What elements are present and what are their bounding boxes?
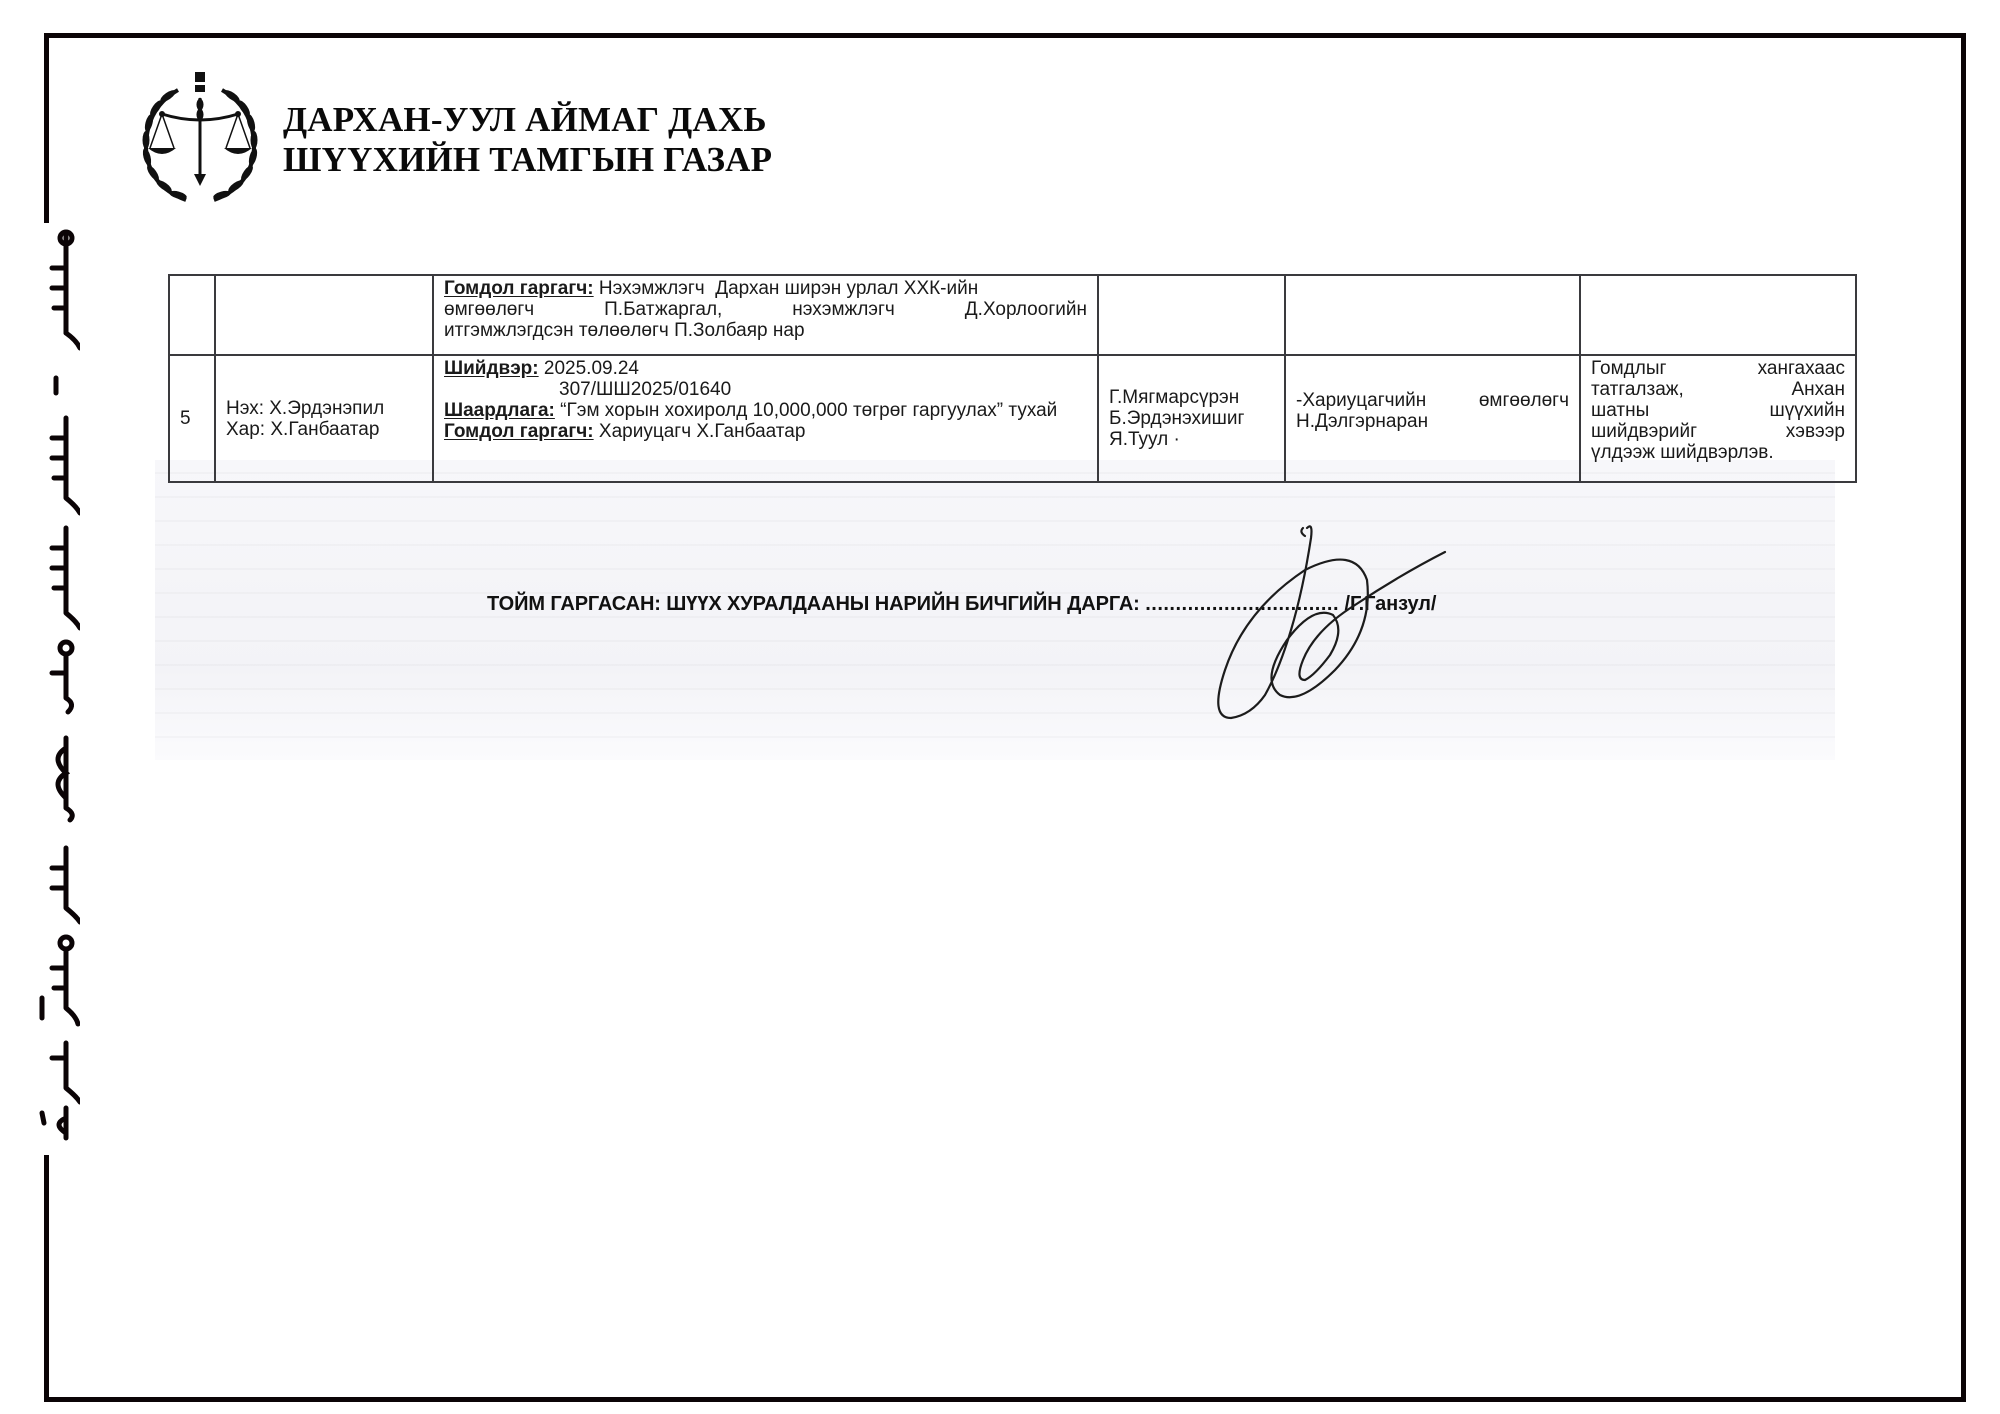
decision-cell: Гомдлыг хангахаас татгалзаж, Анхан шатны… xyxy=(1580,355,1856,482)
decision-cell xyxy=(1580,275,1856,355)
mongolian-script-border xyxy=(20,228,80,1148)
page-border-left-upper xyxy=(44,33,49,223)
decision-word: татгалзаж, xyxy=(1591,379,1684,400)
decision-word: шийдвэрийг xyxy=(1591,421,1697,442)
judges-cell: Г.Мягмарсүрэн Б.Эрдэнэхишиг Я.Туул · xyxy=(1098,355,1285,482)
plaintiff: Нэх: Х.Эрдэнэпил xyxy=(226,398,422,419)
decision-word: хангахаас xyxy=(1758,358,1845,379)
parties-cell xyxy=(215,275,433,355)
table-row: 5 Нэх: Х.Эрдэнэпил Хар: Х.Ганбаатар Шийд… xyxy=(169,355,1856,482)
complainant-word: нэхэмжлэгч xyxy=(792,299,895,320)
complainant-line1: Нэхэмжлэгч Дархан ширэн урлал ХХК-ийн xyxy=(599,278,978,299)
scales-of-justice-emblem-icon xyxy=(138,68,262,208)
complainant-word: өмгөөлөгч xyxy=(444,299,534,320)
case-details-cell: Шийдвэр: 2025.09.24 307/ШШ2025/01640 Шаа… xyxy=(433,355,1098,482)
decision-word: Гомдлыг xyxy=(1591,358,1666,379)
decision-word: Анхан xyxy=(1791,379,1845,400)
defendant: Хар: Х.Ганбаатар xyxy=(226,419,422,440)
case-number-cell xyxy=(169,275,215,355)
participants-line1: -Хариуцагчийн өмгөөлөгч xyxy=(1296,390,1569,411)
decision-line: шатны шүүхийн xyxy=(1591,400,1845,421)
participants-cell xyxy=(1285,275,1580,355)
decision-word: хэвээр xyxy=(1786,421,1845,442)
complainant-word: Д.Хорлоогийн xyxy=(965,299,1087,320)
claim-label: Шаардлага: xyxy=(444,400,555,421)
page-border-top xyxy=(44,33,1966,38)
complainant-label: Гомдол гаргагч: xyxy=(444,278,594,299)
case-summary-table: Гомдол гаргагч: Нэхэмжлэгч Дархан ширэн … xyxy=(168,274,1857,483)
prepared-by-line: ТОЙМ ГАРГАСАН: ШҮҮХ ХУРАЛДААНЫ НАРИЙН БИ… xyxy=(487,593,1436,616)
decision-word: шүүхийн xyxy=(1770,400,1845,421)
judge-name: Г.Мягмарсүрэн xyxy=(1109,387,1274,408)
judge-name: Я.Туул · xyxy=(1109,429,1274,450)
org-name-line1: ДАРХАН-УУЛ АЙМАГ ДАХЬ xyxy=(283,100,772,140)
signature-dots: ................................ xyxy=(1145,593,1339,615)
complainant-label: Гомдол гаргагч: xyxy=(444,421,594,442)
ruling-number: 307/ШШ2025/01640 xyxy=(444,379,1087,400)
prepared-by-label: ТОЙМ ГАРГАСАН: ШҮҮХ ХУРАЛДААНЫ НАРИЙН БИ… xyxy=(487,593,1140,615)
page-border-bottom xyxy=(44,1397,1966,1402)
ruling-date: 2025.09.24 xyxy=(544,358,639,379)
page-border-left-lower xyxy=(44,1155,49,1402)
complainant-word: П.Батжаргал, xyxy=(604,299,722,320)
participant-word: өмгөөлөгч xyxy=(1479,390,1569,411)
table-row: Гомдол гаргагч: Нэхэмжлэгч Дархан ширэн … xyxy=(169,275,1856,355)
decision-word: шатны xyxy=(1591,400,1649,421)
decision-line: Гомдлыг хангахаас xyxy=(1591,358,1845,379)
case-number-cell: 5 xyxy=(169,355,215,482)
participant-word: -Хариуцагчийн xyxy=(1296,390,1426,411)
complainant-text: Хариуцагч Х.Ганбаатар xyxy=(599,421,806,442)
judge-name: Б.Эрдэнэхишиг xyxy=(1109,408,1274,429)
org-name-line2: ШҮҮХИЙН ТАМГЫН ГАЗАР xyxy=(283,140,772,180)
claim-text: “Гэм хорын хохиролд 10,000,000 төгрөг га… xyxy=(560,400,1057,421)
court-organization-name: ДАРХАН-УУЛ АЙМАГ ДАХЬ ШҮҮХИЙН ТАМГЫН ГАЗ… xyxy=(283,100,772,180)
signer-name: /Г.Ганзул/ xyxy=(1344,593,1436,615)
decision-line: үлдээж шийдвэрлэв. xyxy=(1591,442,1845,463)
page-border-right xyxy=(1961,33,1966,1402)
participants-cell: -Хариуцагчийн өмгөөлөгч Н.Дэлгэрнаран xyxy=(1285,355,1580,482)
decision-line: татгалзаж, Анхан xyxy=(1591,379,1845,400)
decision-line: шийдвэрийг хэвээр xyxy=(1591,421,1845,442)
complainant-line3: итгэмжлэгдсэн төлөөлөгч П.Золбаяр нар xyxy=(444,320,1087,341)
case-details-cell: Гомдол гаргагч: Нэхэмжлэгч Дархан ширэн … xyxy=(433,275,1098,355)
participants-line2: Н.Дэлгэрнаран xyxy=(1296,411,1569,432)
parties-cell: Нэх: Х.Эрдэнэпил Хар: Х.Ганбаатар xyxy=(215,355,433,482)
complainant-line2: өмгөөлөгч П.Батжаргал, нэхэмжлэгч Д.Хорл… xyxy=(444,299,1087,320)
judges-cell xyxy=(1098,275,1285,355)
mongolian-script-glyphs xyxy=(20,228,80,1148)
ruling-label: Шийдвэр: xyxy=(444,358,539,379)
